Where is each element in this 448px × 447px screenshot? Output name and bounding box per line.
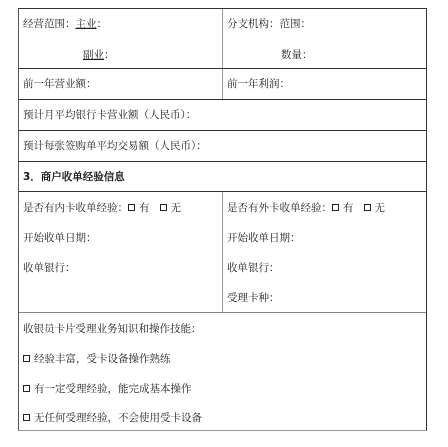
- cell-prev-year-profit[interactable]: 前一年利润：: [223, 69, 426, 99]
- cell-avg-transaction[interactable]: 预计每张签购单平均交易额（人民币）：: [19, 131, 426, 161]
- row-monthly-card-revenue: 预计月平均银行卡营业额（人民币）：: [19, 100, 426, 131]
- foreign-no-checkbox[interactable]: [364, 204, 371, 211]
- section3-title: 3．商户收单经验信息: [23, 170, 125, 184]
- cashier-skill-option[interactable]: 经验丰富，受卡设备操作熟练: [23, 352, 171, 366]
- avg-transaction-label: 预计每张签购单平均交易额（人民币）：: [23, 139, 207, 153]
- domestic-card-question-line: 是否有内卡收单经验：有无: [23, 201, 181, 215]
- main-business-label: 主业: [76, 18, 97, 30]
- cashier-skill-option[interactable]: 无任何受理经验，不会使用受卡设备: [23, 411, 202, 425]
- domestic-yes-checkbox[interactable]: [128, 204, 135, 211]
- skill-option-label: 经验丰富，受卡设备操作熟练: [34, 353, 171, 365]
- cell-cashier-skills: 收银员卡片受理业务知识和操作技能： 经验丰富，受卡设备操作熟练 有一定受理经验，…: [19, 313, 426, 432]
- cell-foreign-card: 是否有外卡收单经验：有无 开始收单日期： 收单银行： 受理卡种：: [223, 192, 426, 312]
- side-business-colon: ：: [104, 49, 115, 61]
- cashier-skill-option[interactable]: 有一定受理经验，能完成基本操作: [23, 382, 192, 396]
- row-prev-year: 前一年营业额： 前一年利润：: [19, 69, 426, 100]
- skill-option-label: 有一定受理经验，能完成基本操作: [34, 383, 192, 395]
- row-cashier-skills: 收银员卡片受理业务知识和操作技能： 经验丰富，受卡设备操作熟练 有一定受理经验，…: [19, 313, 426, 432]
- foreign-start-date-label[interactable]: 开始收单日期：: [227, 231, 301, 245]
- merchant-form-table: 经营范围：主业： 副业： 分支机构：范围： 数量： 前一年营业额： 前一年利润：…: [18, 8, 427, 431]
- cell-branches: 分支机构：范围： 数量：: [223, 9, 426, 68]
- side-business-label: 副业: [83, 49, 104, 61]
- cell-prev-year-revenue[interactable]: 前一年营业额：: [19, 69, 223, 99]
- row-section3-heading: 3．商户收单经验信息: [19, 162, 426, 192]
- business-scope-side-line[interactable]: 副业：: [83, 48, 115, 62]
- domestic-no-checkbox[interactable]: [160, 204, 167, 211]
- skill-option-checkbox[interactable]: [23, 414, 30, 421]
- foreign-card-types-label[interactable]: 受理卡种：: [227, 291, 280, 305]
- cell-domestic-card: 是否有内卡收单经验：有无 开始收单日期： 收单银行：: [19, 192, 223, 312]
- branches-label: 分支机构：: [227, 18, 280, 30]
- branches-scope-label: 范围：: [280, 18, 312, 30]
- domestic-acquiring-bank-label[interactable]: 收单银行：: [23, 261, 76, 275]
- foreign-yes-label: 有: [343, 202, 354, 214]
- foreign-yes-checkbox[interactable]: [332, 204, 339, 211]
- domestic-no-label: 无: [171, 202, 182, 214]
- branches-scope-line[interactable]: 分支机构：范围：: [227, 17, 311, 31]
- foreign-card-question: 是否有外卡收单经验：: [227, 202, 332, 214]
- foreign-acquiring-bank-label[interactable]: 收单银行：: [227, 261, 280, 275]
- monthly-card-revenue-label: 预计月平均银行卡营业额（人民币）：: [23, 108, 196, 122]
- business-scope-main-line: 经营范围：主业：: [23, 17, 107, 31]
- domestic-yes-label: 有: [139, 202, 150, 214]
- domestic-start-date-label[interactable]: 开始收单日期：: [23, 231, 97, 245]
- branches-count-line[interactable]: 数量：: [281, 48, 313, 62]
- foreign-card-question-line: 是否有外卡收单经验：有无: [227, 201, 385, 215]
- prev-year-profit-label: 前一年利润：: [227, 77, 290, 91]
- domestic-card-question: 是否有内卡收单经验：: [23, 202, 128, 214]
- row-avg-transaction: 预计每张签购单平均交易额（人民币）：: [19, 131, 426, 162]
- cashier-skills-label: 收银员卡片受理业务知识和操作技能：: [23, 322, 202, 336]
- foreign-no-label: 无: [375, 202, 386, 214]
- skill-option-label: 无任何受理经验，不会使用受卡设备: [34, 412, 202, 424]
- cell-section3-heading: 3．商户收单经验信息: [19, 162, 426, 191]
- cell-monthly-card-revenue[interactable]: 预计月平均银行卡营业额（人民币）：: [19, 100, 426, 130]
- prev-year-revenue-label: 前一年营业额：: [23, 77, 97, 91]
- branches-count-label: 数量：: [281, 49, 313, 61]
- main-business-colon: ：: [97, 18, 108, 30]
- business-scope-label: 经营范围：: [23, 18, 76, 30]
- row-acquiring-experience: 是否有内卡收单经验：有无 开始收单日期： 收单银行： 是否有外卡收单经验：有无 …: [19, 192, 426, 313]
- skill-option-checkbox[interactable]: [23, 385, 30, 392]
- skill-option-checkbox[interactable]: [23, 355, 30, 362]
- cell-business-scope: 经营范围：主业： 副业：: [19, 9, 223, 68]
- row-business-scope: 经营范围：主业： 副业： 分支机构：范围： 数量：: [19, 9, 426, 69]
